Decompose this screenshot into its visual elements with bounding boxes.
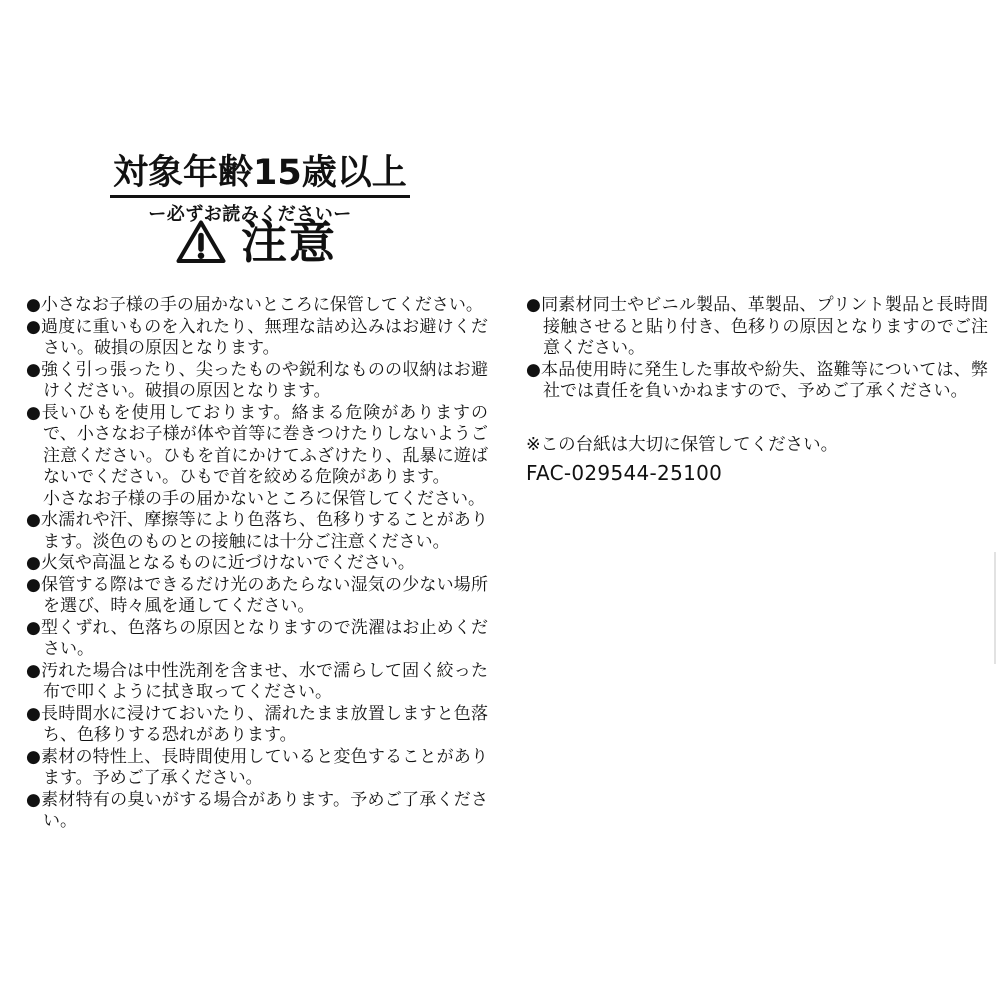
warning-text: 長時間水に浸けておいたり、濡れたまま放置しますと色落ち、色移りする恐れがあります… [41, 704, 488, 746]
caution-title: 注意 [241, 219, 337, 265]
warning-text: 汚れた場合は中性洗剤を含ませ、水で濡らして固く絞った布で叩くように拭き取ってくだ… [41, 661, 488, 703]
bullet-icon: ● [26, 790, 41, 810]
warning-item: ●水濡れや汗、摩擦等により色落ち、色移りすることがあります。淡色のものとの接触に… [26, 510, 488, 553]
warning-item: ●同素材同士やビニル製品、革製品、プリント製品と長時間接触させると貼り付き、色移… [526, 295, 988, 360]
warning-text: 保管する際はできるだけ光のあたらない湿気の少ない場所を選び、時々風を通してくださ… [41, 575, 488, 617]
bullet-icon: ● [26, 618, 41, 638]
warning-text: 長いひもを使用しております。絡まる危険がありますので、小さなお子様が体や首等に巻… [42, 403, 488, 509]
bullet-icon: ● [26, 360, 41, 380]
warning-text: 本品使用時に発生した事故や紛失、盗難等については、弊社では責任を負いかねますので… [541, 360, 988, 402]
bullet-icon: ● [526, 295, 541, 315]
warning-text: 火気や高温となるものに近づけないでください。 [41, 553, 415, 573]
age-restriction-title: 対象年齢15歳以上 [110, 153, 410, 198]
warning-item: ●強く引っ張ったり、尖ったものや鋭利なものの収納はお避けください。破損の原因とな… [26, 360, 488, 403]
warning-text: 素材特有の臭いがする場合があります。予めご了承ください。 [41, 790, 488, 832]
warning-item: ●本品使用時に発生した事故や紛失、盗難等については、弊社では責任を負いかねますの… [526, 360, 988, 403]
warning-item: ●汚れた場合は中性洗剤を含ませ、水で濡らして固く絞った布で叩くように拭き取ってく… [26, 661, 488, 704]
bullet-icon: ● [26, 661, 41, 681]
warning-item: ●小さなお子様の手の届かないところに保管してください。 [26, 295, 488, 317]
warning-text: 型くずれ、色落ちの原因となりますので洗濯はお止めください。 [41, 618, 488, 660]
warning-text: 強く引っ張ったり、尖ったものや鋭利なものの収納はお避けください。破損の原因となり… [41, 360, 488, 402]
warning-item: ●保管する際はできるだけ光のあたらない湿気の少ない場所を選び、時々風を通してくだ… [26, 575, 488, 618]
warning-item: ●素材の特性上、長時間使用していると変色することがあります。予めご了承ください。 [26, 747, 488, 790]
bullet-icon: ● [26, 295, 41, 315]
scan-edge-artifact [994, 552, 996, 664]
warning-text: 小さなお子様の手の届かないところに保管してください。 [41, 295, 483, 315]
warning-text: 水濡れや汗、摩擦等により色落ち、色移りすることがあります。淡色のものとの接触には… [41, 510, 488, 552]
caution-heading: 注意 [176, 219, 337, 265]
caution-sheet: 対象年齢15歳以上 ー必ずお読みくださいー 注意 ●小さなお子様の手の届かないと… [0, 0, 1000, 1000]
warning-item: ●火気や高温となるものに近づけないでください。 [26, 553, 488, 575]
bullet-icon: ● [26, 575, 41, 595]
warning-item: ●長いひもを使用しております。絡まる危険がありますので、小さなお子様が体や首等に… [26, 403, 488, 511]
keep-card-note: ※この台紙は大切に保管してください。 [526, 435, 988, 457]
bullet-icon: ● [26, 747, 41, 767]
warning-item: ●型くずれ、色落ちの原因となりますので洗濯はお止めください。 [26, 618, 488, 661]
warnings-column-right: ●同素材同士やビニル製品、革製品、プリント製品と長時間接触させると貼り付き、色移… [526, 295, 988, 485]
warning-text: 過度に重いものを入れたり、無理な詰め込みはお避けください。破損の原因となります。 [41, 317, 488, 359]
warning-text: 素材の特性上、長時間使用していると変色することがあります。予めご了承ください。 [41, 747, 488, 789]
warning-text: 同素材同士やビニル製品、革製品、プリント製品と長時間接触させると貼り付き、色移り… [541, 295, 988, 358]
bullet-icon: ● [26, 317, 41, 337]
bullet-icon: ● [26, 553, 41, 573]
warning-triangle-icon [176, 219, 226, 265]
warnings-column-left: ●小さなお子様の手の届かないところに保管してください。 ●過度に重いものを入れた… [26, 295, 488, 833]
bullet-icon: ● [526, 360, 541, 380]
bullet-icon: ● [26, 704, 41, 724]
warning-item: ●長時間水に浸けておいたり、濡れたまま放置しますと色落ち、色移りする恐れがありま… [26, 704, 488, 747]
product-code: FAC-029544-25100 [526, 463, 988, 485]
bullet-icon: ● [26, 403, 42, 423]
warning-item: ●過度に重いものを入れたり、無理な詰め込みはお避けください。破損の原因となります… [26, 317, 488, 360]
bullet-icon: ● [26, 510, 41, 530]
warning-item: ●素材特有の臭いがする場合があります。予めご了承ください。 [26, 790, 488, 833]
